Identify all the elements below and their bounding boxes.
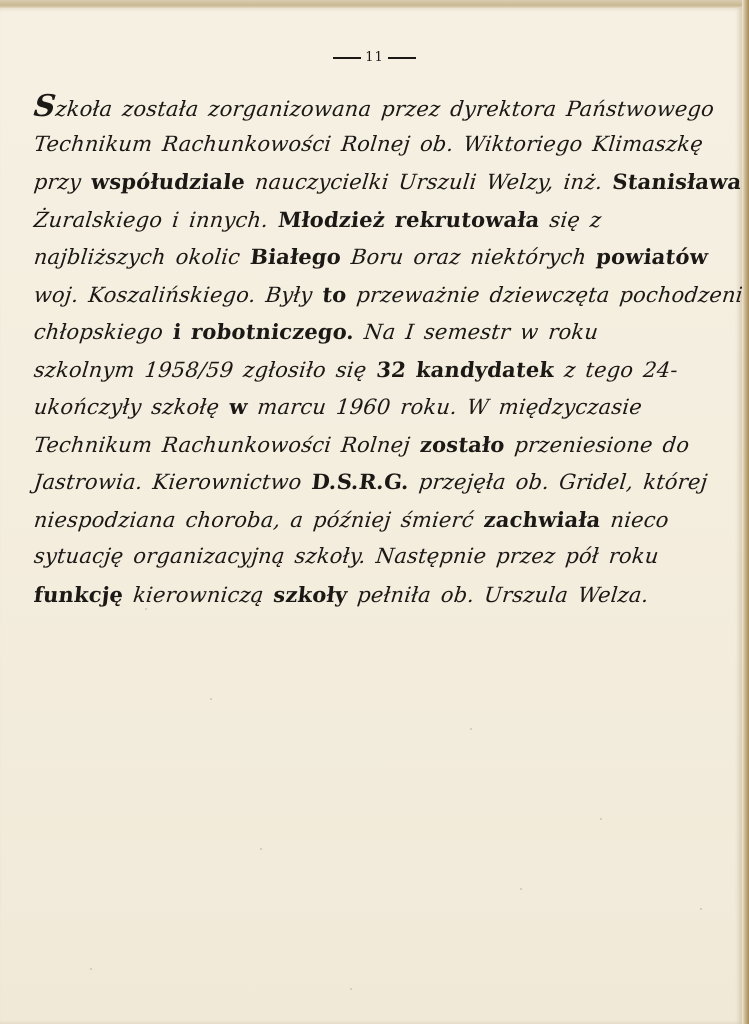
text-word: okolic <box>175 245 242 269</box>
text-word: Boru <box>350 245 405 269</box>
text-word: z <box>589 208 603 232</box>
text-word: sytuację <box>33 544 125 568</box>
text-line: szkolnym1958/59zgłosiłosię32kandydatekzt… <box>32 351 726 389</box>
text-line: sytuacjęorganizacyjnąszkoły.Następnieprz… <box>32 538 726 576</box>
text-word: kandydatek <box>415 357 556 382</box>
paper-speck <box>700 908 702 910</box>
text-word: Klimaszkę <box>591 132 704 156</box>
page-number-text: 11 <box>365 50 384 65</box>
text-word: Wiktoriego <box>462 132 584 156</box>
text-word: Urszuli <box>398 170 478 194</box>
text-word: Żuralskiego <box>33 208 164 232</box>
text-line: Żuralskiegoiinnych.Młodzieżrekrutowałasi… <box>32 201 726 239</box>
text-word: robotniczego. <box>190 319 356 344</box>
text-word: Urszula <box>483 583 569 607</box>
text-word: 32 <box>375 357 407 382</box>
text-line: chłopskiegoirobotniczego.NaIsemestrwroku <box>32 313 726 351</box>
text-word: a <box>289 508 304 532</box>
text-word: zorganizowana <box>207 97 372 121</box>
text-word: do <box>662 433 691 457</box>
text-word: współudziale <box>90 169 247 194</box>
text-word: przy <box>33 170 83 194</box>
text-word: Rolnej <box>340 132 411 156</box>
text-word: szkoły. <box>293 544 367 568</box>
text-word: funkcję <box>33 582 125 607</box>
text-line: TechnikumRachunkowościRolnejzostałoprzen… <box>32 426 726 464</box>
text-word: tego <box>584 358 634 382</box>
text-word: innych. <box>188 208 270 232</box>
page-number: 11 <box>0 50 749 65</box>
text-word: Technikum <box>33 433 154 457</box>
text-word: chłopskiego <box>33 320 165 344</box>
text-word: pełniła <box>356 583 432 607</box>
text-word: 1960 <box>335 395 392 419</box>
text-word: międzyczasie <box>498 395 644 419</box>
text-word: Gridel, <box>558 470 635 494</box>
text-word: Następnie <box>375 544 488 568</box>
text-word: została <box>121 97 200 121</box>
text-word: zostało <box>419 432 506 457</box>
text-word: Państwowego <box>565 97 715 121</box>
text-word: roku <box>608 544 660 568</box>
text-word: Welzy, <box>485 170 555 194</box>
text-word: roku <box>547 320 599 344</box>
text-word: w <box>228 394 249 419</box>
text-word: przez <box>495 544 557 568</box>
text-word: roku. <box>399 395 458 419</box>
text-word: zkoła <box>54 97 113 121</box>
paper-speck <box>90 968 92 970</box>
text-word: najbliższych <box>33 245 167 269</box>
text-word: szkoły <box>272 582 348 607</box>
paper-speck <box>600 818 602 820</box>
text-word: I <box>404 320 415 344</box>
text-line: funkcjękierownicząszkołypełniłaob.Urszul… <box>32 576 726 614</box>
text-word: pół <box>564 544 600 568</box>
text-word: Kierownictwo <box>151 470 302 494</box>
text-word: 24- <box>642 358 679 382</box>
handwritten-text-body: Szkołazostałazorganizowanaprzezdyrektora… <box>32 88 722 613</box>
text-word: się <box>335 358 368 382</box>
text-word: ukończyły <box>33 395 143 419</box>
text-word: później <box>312 508 392 532</box>
text-word: niektórych <box>469 245 587 269</box>
text-word: niespodziana <box>33 508 177 532</box>
text-word: 1958/59 <box>144 358 235 382</box>
text-word: i <box>171 208 180 232</box>
text-word: dziewczęta <box>489 283 611 307</box>
text-word: której <box>642 470 709 494</box>
page-number-dash-left <box>333 57 361 59</box>
text-word: Młodzież <box>277 207 386 232</box>
text-word: ob. <box>515 470 551 494</box>
text-word: szkołę <box>150 395 220 419</box>
paper-speck <box>145 608 147 610</box>
text-word: Jastrowia. <box>33 470 144 494</box>
text-word: oraz <box>412 245 462 269</box>
text-line: ukończyłyszkołęwmarcu1960roku.Wmiędzycza… <box>32 388 726 426</box>
text-word: śmierć <box>400 508 475 532</box>
text-word: Rachunkowości <box>161 132 333 156</box>
paper-speck <box>520 888 522 890</box>
text-line: Jastrowia.KierownictwoD.S.R.G.przejęłaob… <box>32 463 726 501</box>
text-word: przeniesione <box>513 433 654 457</box>
text-word: Białego <box>249 244 343 269</box>
text-word: pochodzenia <box>618 283 749 307</box>
text-word: semestr <box>423 320 512 344</box>
text-word: nieco <box>609 508 670 532</box>
text-word: organizacyjną <box>132 544 286 568</box>
text-word: Rachunkowości <box>161 433 333 457</box>
text-word: Koszalińskiego. <box>87 283 257 307</box>
paper-speck <box>210 698 212 700</box>
text-word: przez <box>380 97 442 121</box>
paper-speck <box>350 988 352 990</box>
text-word: w <box>519 320 540 344</box>
text-word: woj. <box>33 283 80 307</box>
text-word: szkolnym <box>33 358 136 382</box>
text-line: woj.Koszalińskiego.Byłytoprzeważniedziew… <box>32 276 726 314</box>
text-word: Technikum <box>33 132 154 156</box>
text-word: rekrutowała <box>394 207 541 232</box>
text-word: z <box>563 358 577 382</box>
text-line: przywspółudzialenauczycielkiUrszuliWelzy… <box>32 163 726 201</box>
text-word: D.S.R.G. <box>310 469 410 494</box>
text-word: marcu <box>256 395 327 419</box>
text-word: ob. <box>440 583 476 607</box>
paper-speck <box>260 848 262 850</box>
page-right-edge <box>742 0 749 1024</box>
text-line: TechnikumRachunkowościRolnejob.Wiktorieg… <box>32 126 726 164</box>
text-word: to <box>321 282 348 307</box>
text-word: choroba, <box>184 508 281 532</box>
text-word: Były <box>264 283 313 307</box>
text-word: zgłosiło <box>242 358 327 382</box>
text-word: przeważnie <box>355 283 481 307</box>
text-word: kierowniczą <box>132 583 265 607</box>
text-word: nauczycielki <box>254 170 390 194</box>
text-word: inż. <box>562 170 603 194</box>
text-word: zachwiała <box>483 507 602 532</box>
text-word: Na <box>363 320 397 344</box>
text-word: i <box>172 319 183 344</box>
text-word: W <box>466 395 490 419</box>
text-line: Szkołazostałazorganizowanaprzezdyrektora… <box>32 88 726 126</box>
text-word: przejęła <box>418 470 507 494</box>
text-word: dyrektora <box>449 97 557 121</box>
text-word: się <box>548 208 581 232</box>
paper-speck <box>470 728 472 730</box>
text-word: Stanisława <box>611 169 743 194</box>
handwritten-page: 11 Szkołazostałazorganizowanaprzezdyrekt… <box>0 8 742 1024</box>
text-word: Rolnej <box>340 433 411 457</box>
text-word: Welza. <box>577 583 650 607</box>
text-line: niespodzianachoroba,apóźniejśmierćzachwi… <box>32 501 726 539</box>
page-number-dash-right <box>388 57 416 59</box>
text-line: najbliższychokolicBiałegoBoruorazniektór… <box>32 238 726 276</box>
text-word: ob. <box>419 132 455 156</box>
text-word: powiatów <box>595 244 709 269</box>
